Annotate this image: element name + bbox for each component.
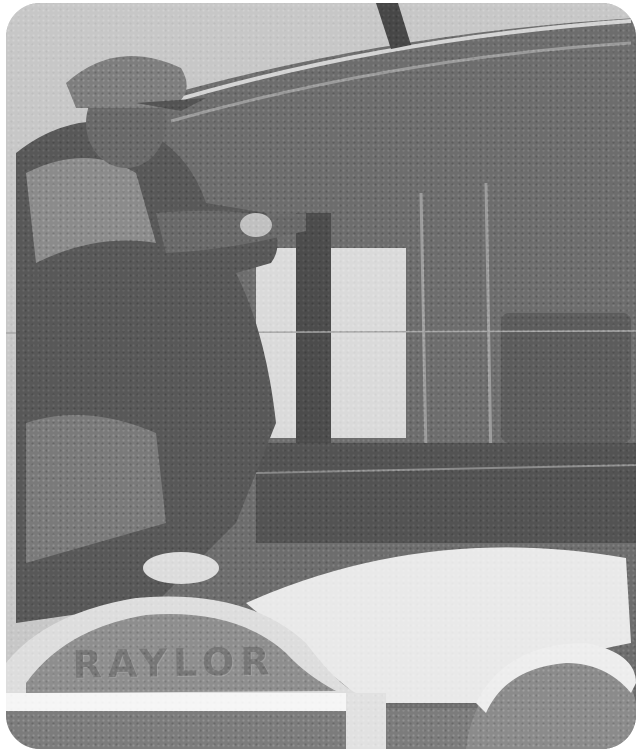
hand [240,213,272,237]
photo-scene [6,3,636,749]
radiator-cap [143,552,219,584]
radiator-label: RAYLOR [64,639,285,687]
newspaper-photo: RAYLOR Historical halftone newspaper pho… [6,3,636,749]
